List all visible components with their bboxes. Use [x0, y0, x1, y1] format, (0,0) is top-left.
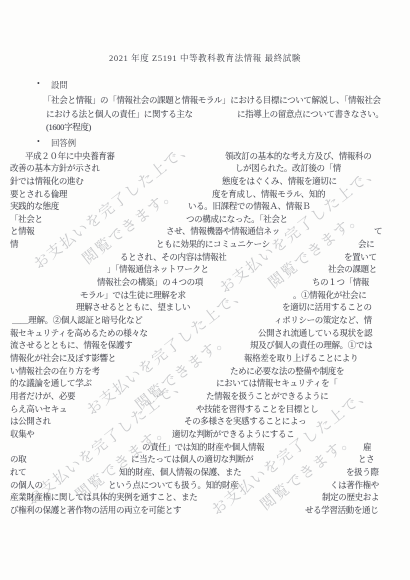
text-fragment: の責任」では知的財産や個人情報: [142, 441, 264, 453]
text-fragment: 改善の基本方針が示され: [10, 162, 100, 174]
text-line: び権利の保護と著作物の活用の両立を可能とすせる学習活動を通じ: [0, 504, 410, 516]
text-fragment: 態度をはぐくみ、情報を適切に: [222, 175, 337, 187]
text-line: 」「情報通信ネットワークと社会の課題と: [0, 263, 410, 275]
text-fragment: 針では情報化の進む: [10, 175, 83, 187]
text-fragment: て: [374, 225, 382, 237]
text-line: らえ高いセキュや技能を習得することを目標とし: [0, 403, 410, 415]
text-fragment: 報格差を取り上げることにより: [244, 352, 358, 364]
text-fragment: モラル」では生徒に理解を求: [80, 289, 186, 301]
text-fragment: を適切に活用することの: [282, 301, 372, 313]
text-line: 平成２０年に中央養育審領改訂の基本的な考え方及び、情報科の: [0, 150, 410, 162]
text-fragment: とさ: [358, 453, 374, 465]
text-fragment: においては情報セキュリティを「: [216, 377, 337, 389]
text-fragment: せる学習活動を通じ: [305, 504, 378, 516]
text-line: 「社会とつの構成になった。「社会と: [0, 213, 410, 225]
text-fragment: に当たっては個人の適切な判断が: [131, 453, 253, 465]
text-line: モラル」では生徒に理解を求。①情報化が社会に: [0, 289, 410, 301]
text-fragment: ちの１つ「情報: [312, 276, 369, 288]
text-fragment: 理解させるとともに、望ましい: [76, 301, 190, 313]
text-line: 情ともに効果的にコミュニケーシ会に: [0, 238, 410, 250]
text-line: るとされ、その内容は情報社を置いて: [0, 251, 410, 263]
text-fragment: 制定の歴史およ: [322, 491, 379, 503]
text-fragment: における法と個人の責任」に関する主な: [46, 108, 193, 120]
document-page: お支払いを完了した上で、閲覧できます。お支払いを完了した上で、閲覧できます。お支…: [0, 0, 410, 580]
text-fragment: 要とされる倫理: [10, 188, 67, 200]
text-fragment: 情報化が社会に及ぼす影響と: [10, 352, 116, 364]
text-line: 改善の基本方針が示されしが図られた。改訂後の「情: [0, 162, 410, 174]
text-fragment: と情報: [10, 225, 34, 237]
text-fragment: 産業財産権に関しては具体的実例を通すこと、また: [10, 491, 197, 503]
text-fragment: 「社会と: [10, 213, 43, 225]
section-heading: 回答例: [51, 137, 76, 149]
text-fragment: くは著作権や: [330, 479, 379, 491]
section-heading-row: •回答例: [0, 137, 410, 149]
text-line: 流させるとともに、情報を保護す規及び個人の責任の理解。①では: [0, 339, 410, 351]
text-fragment: 公開され流通している現状を認: [258, 327, 372, 339]
text-fragment: 規及び個人の責任の理解。①では: [250, 339, 372, 351]
text-fragment: という点についても扱う。知的財産: [108, 479, 238, 491]
text-fragment: び権利の保護と著作物の活用の両立を可能とす: [10, 504, 181, 516]
bullet-marker: •: [37, 137, 40, 146]
text-fragment: ィポリシーの策定など、情: [274, 314, 372, 326]
text-line: 要とされる倫理度を育成し、情報モラル、知的: [0, 188, 410, 200]
section-heading-row: •設問: [0, 79, 410, 91]
text-fragment: 情: [10, 238, 18, 250]
text-fragment: 「社会と情報」の「情報社会の課題と情報モラル」における目標について解説し、「情報…: [43, 94, 381, 106]
text-line: 理解させるとともに、望ましいを適切に活用することの: [0, 301, 410, 313]
text-fragment: は公開され: [10, 415, 51, 427]
text-fragment: つの構成になった。「社会と: [186, 213, 288, 225]
text-fragment: 会に: [358, 238, 374, 250]
text-line: は公開されその多様さを実感することによっ: [0, 415, 410, 427]
text-line: 的な議論を通して学ぶにおいては情報セキュリティを「: [0, 377, 410, 389]
text-line: 情報化が社会に及ぼす影響と報格差を取り上げることにより: [0, 352, 410, 364]
text-line: 情報社会の構築」の４つの項ちの１つ「情報: [0, 276, 410, 288]
text-line: ＿＿理解。②個人認証と暗号化などィポリシーの策定など、情: [0, 314, 410, 326]
text-line: 収集や適切な判断ができるようにするこ: [0, 428, 410, 440]
text-fragment: 情報社会の構築」の４つの項: [97, 276, 203, 288]
text-fragment: 収集や: [10, 428, 34, 440]
text-fragment: 的な議論を通して学ぶ: [10, 377, 92, 389]
document-title: 2021 年度 Z5191 中等教科教育法情報 最終試験: [0, 52, 410, 64]
text-fragment: を扱う際: [346, 466, 379, 478]
text-fragment: しが図られた。改訂後の「情: [235, 162, 341, 174]
text-fragment: れて: [10, 466, 26, 478]
text-fragment: 雇: [363, 441, 371, 453]
text-fragment: の個人の: [10, 479, 43, 491]
text-fragment: に指導上の留意点について書きなさい。: [237, 108, 384, 120]
text-fragment: いる。旧課程での情報Ａ、情報Ｂ: [188, 200, 310, 212]
text-line: の個人のという点についても扱う。知的財産くは著作権や: [0, 479, 410, 491]
text-line: の取に当たっては個人の適切な判断がとさ: [0, 453, 410, 465]
text-line: 報セキュリティを高めるための様々な公開され流通している現状を認: [0, 327, 410, 339]
section-heading: 設問: [51, 79, 68, 91]
text-line: 「社会と情報」の「情報社会の課題と情報モラル」における目標について解説し、「情報…: [0, 94, 410, 106]
text-fragment: を置いて: [344, 251, 377, 263]
text-fragment: 適切な判断ができるようにするこ: [172, 428, 294, 440]
text-fragment: ＿＿理解。②個人認証と暗号化など: [12, 314, 142, 326]
text-fragment: るとされ、その内容は情報社: [120, 251, 226, 263]
text-line: い情報社会の在り方を考ために必要な法の整備や制度を: [0, 365, 410, 377]
text-line: れて知的財産、個人情報の保護、またを扱う際: [0, 466, 410, 478]
text-line: 産業財産権に関しては具体的実例を通すこと、また制定の歴史およ: [0, 491, 410, 503]
text-fragment: や技能を習得することを目標とし: [196, 403, 318, 415]
text-fragment: 実践的な態度: [10, 200, 59, 212]
text-line: 実践的な態度いる。旧課程での情報Ａ、情報Ｂ: [0, 200, 410, 212]
text-fragment: 領改訂の基本的な考え方及び、情報科の: [225, 150, 371, 162]
text-fragment: 。①情報化が社会に: [293, 289, 366, 301]
text-fragment: ともに効果的にコミュニケーシ: [156, 238, 270, 250]
text-fragment: ために必要な法の整備や制度を: [230, 365, 344, 377]
text-fragment: 度を育成し、情報モラル、知的: [212, 188, 325, 200]
text-fragment: た情報を扱うことができるように: [206, 390, 328, 402]
text-fragment: させ、情報機器や情報通信ネッ: [166, 225, 280, 237]
text-fragment: らえ高いセキュ: [10, 403, 67, 415]
text-fragment: 流させるとともに、情報を保護す: [10, 339, 132, 351]
text-line: における法と個人の責任」に関する主なに指導上の留意点について書きなさい。: [0, 108, 410, 120]
text-fragment: 知的財産、個人情報の保護、また: [119, 466, 241, 478]
text-fragment: い情報社会の在り方を考: [10, 365, 100, 377]
bullet-marker: •: [37, 79, 40, 88]
text-fragment: 報セキュリティを高めるための様々な: [10, 327, 148, 339]
text-fragment: 社会の課題と: [328, 263, 377, 275]
text-line: (1600字程度): [0, 121, 410, 133]
text-fragment: 」「情報通信ネットワークと: [107, 263, 209, 275]
text-line: 針では情報化の進む態度をはぐくみ、情報を適切に: [0, 175, 410, 187]
text-fragment: 用者だけが、必要: [10, 390, 75, 402]
text-fragment: その多様さを実感することによっ: [184, 415, 306, 427]
text-line: の責任」では知的財産や個人情報雇: [0, 441, 410, 453]
text-fragment: (1600字程度): [46, 121, 91, 133]
text-fragment: の取: [10, 453, 26, 465]
text-line: と情報させ、情報機器や情報通信ネッて: [0, 225, 410, 237]
text-fragment: 平成２０年に中央養育審: [25, 150, 115, 162]
text-line: 用者だけが、必要た情報を扱うことができるように: [0, 390, 410, 402]
